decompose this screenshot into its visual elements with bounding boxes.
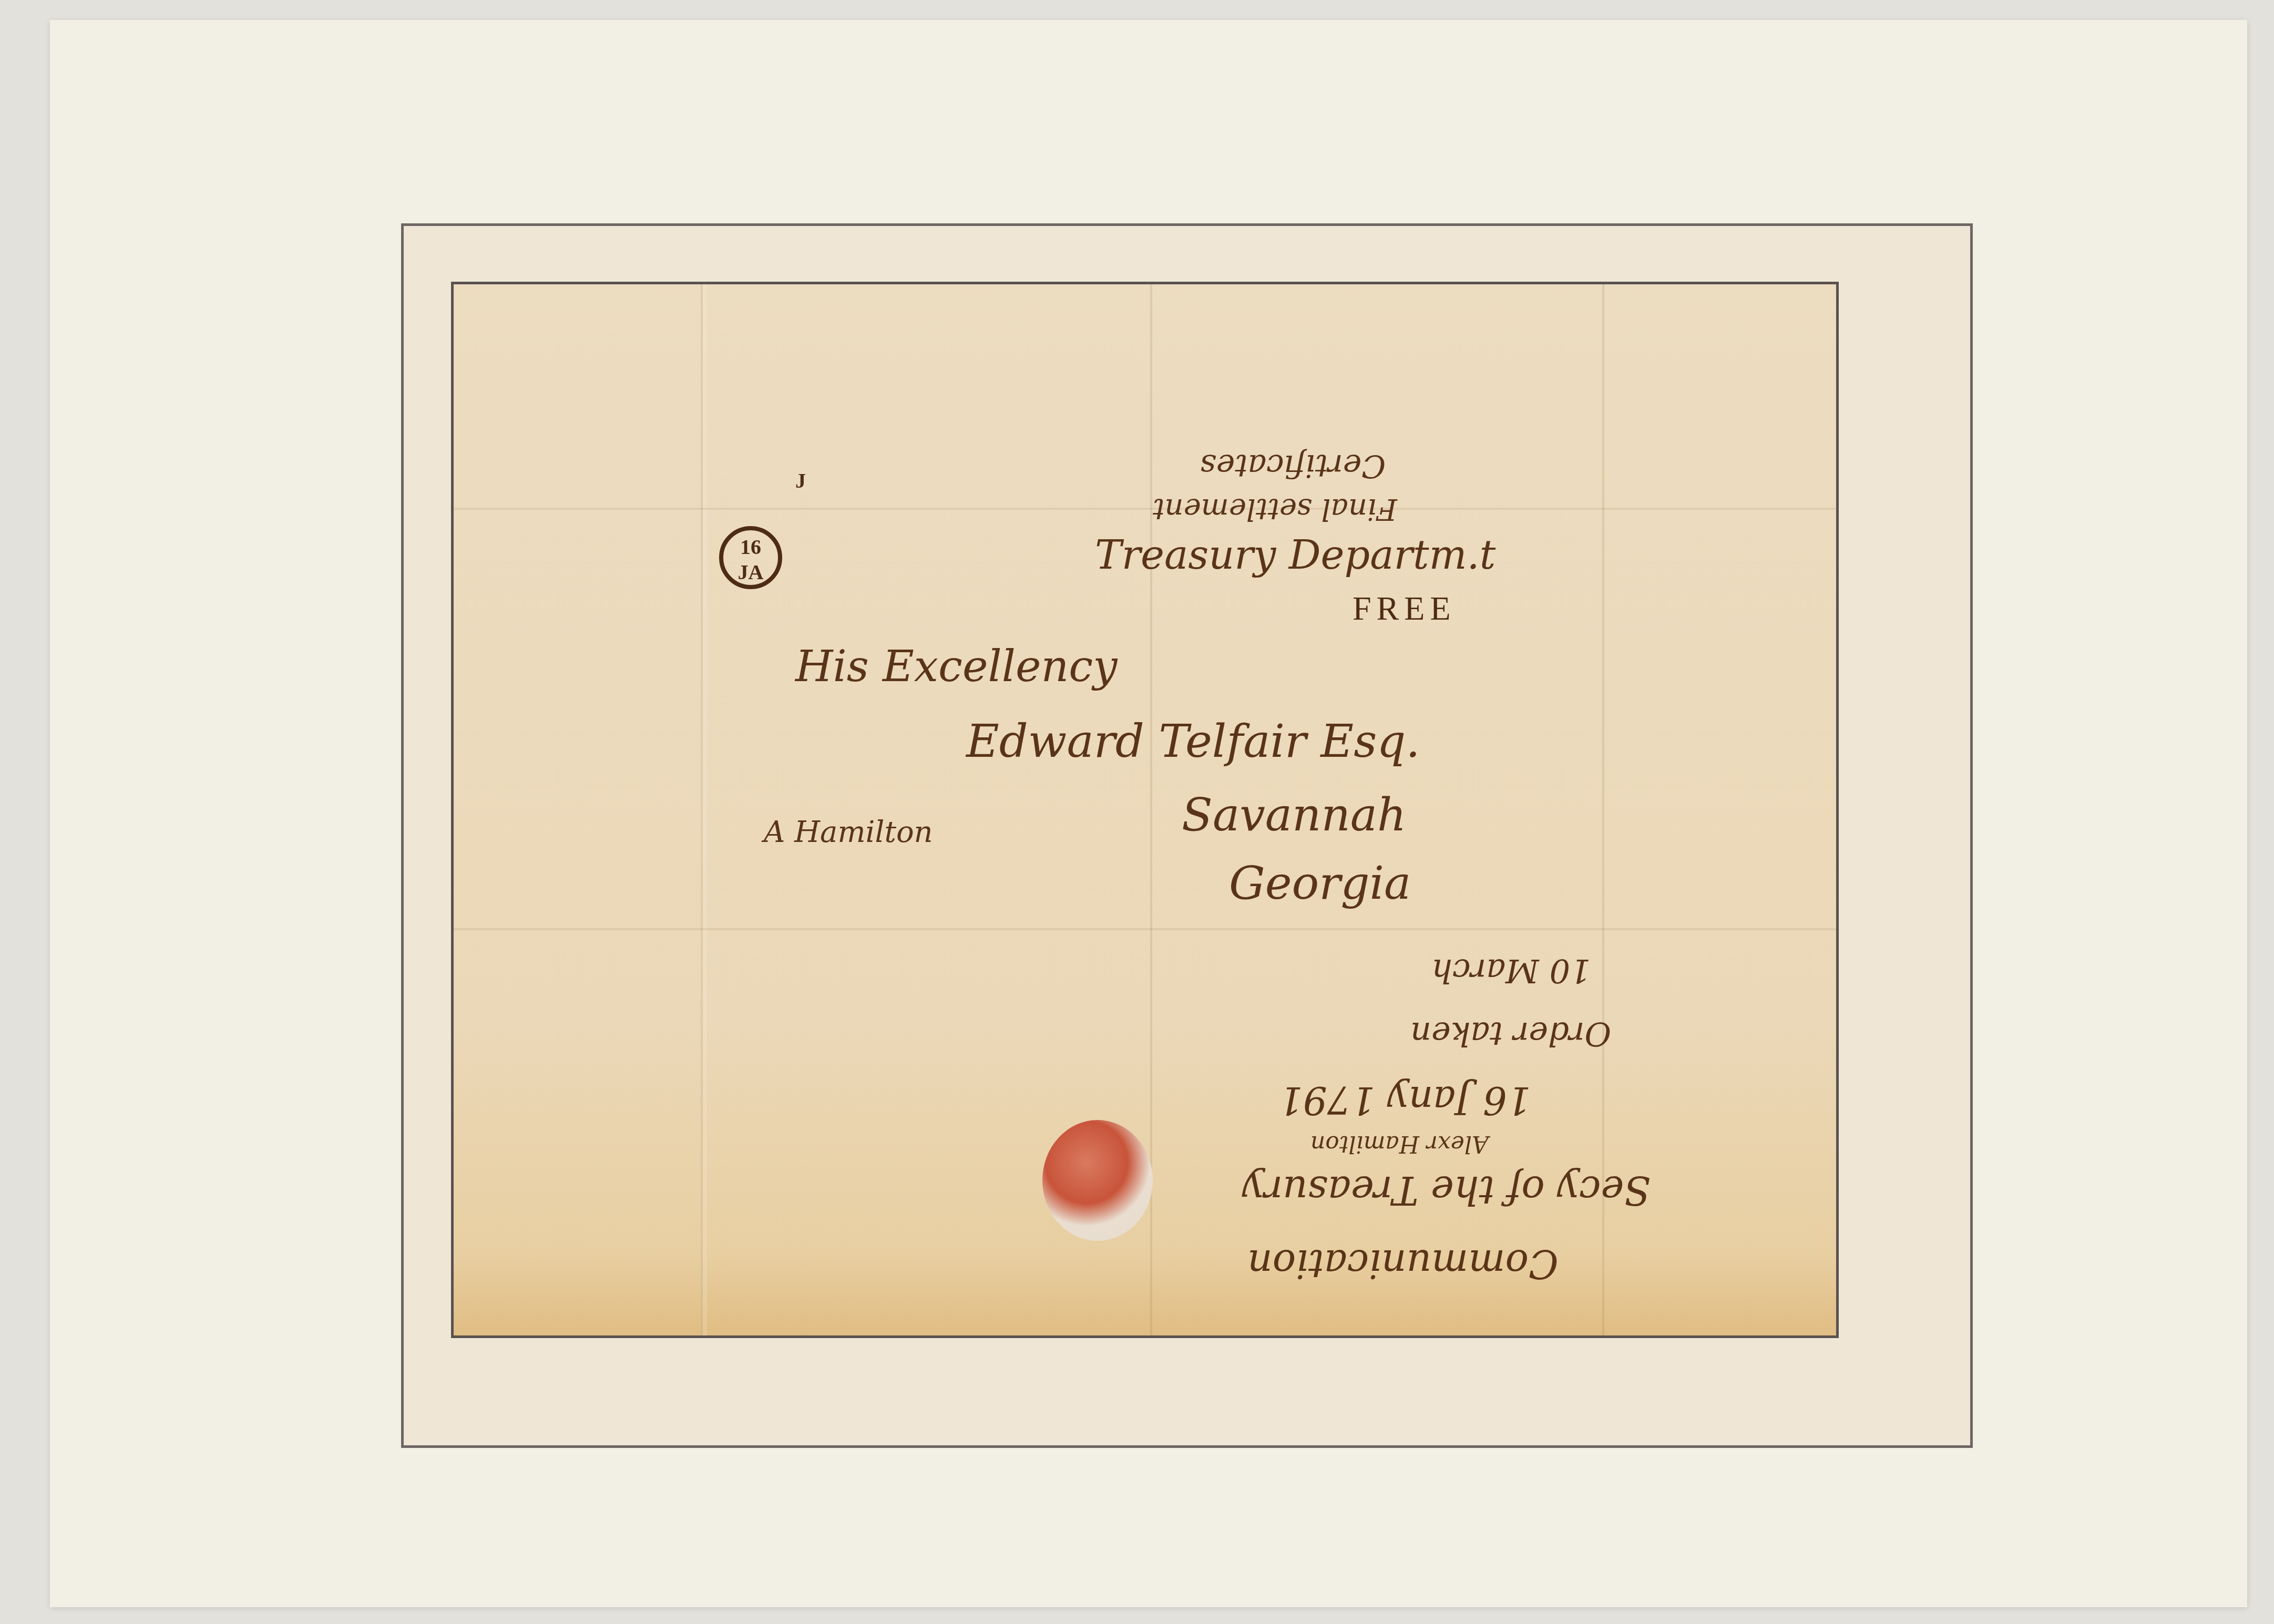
docket-mark: J [795,468,811,493]
address-line-3: Savannah [1182,789,1406,841]
fold-line-horizontal [454,508,1836,510]
inverted-note-line2: Certificates [1200,447,1386,484]
hamilton-signature: A Hamilton [764,815,933,849]
address-line-1: His Excellency [795,642,1117,692]
letter-cover: J 16 JA Certificates Final settlement Tr… [451,282,1839,1338]
endorsement-line1: Communication [1247,1241,1559,1286]
free-stamp: FREE [1353,589,1456,628]
fold-line-horizontal [454,928,1836,930]
address-line-4: Georgia [1229,857,1411,910]
postmark-month: JA [723,560,778,585]
endorsement-line4: 16 Jany 1791 [1279,1078,1531,1122]
treasury-department-frank: Treasury Departm.t [1095,531,1495,578]
address-line-2: Edward Telfair Esq. [966,715,1420,768]
endorsement-line3: Alexr Hamilton [1310,1130,1489,1157]
endorsement-line5: Order taken [1410,1015,1611,1053]
postmark-day: 16 [723,535,778,560]
fold-line-vertical [701,284,703,1335]
bishop-postmark: 16 JA [719,526,782,589]
red-wax-seal [1042,1120,1153,1241]
endorsement-line2: Secy of the Treasury [1242,1167,1651,1212]
inverted-note-line1: Final settlement [1153,492,1397,526]
endorsement-line6: 10 March [1431,952,1591,990]
